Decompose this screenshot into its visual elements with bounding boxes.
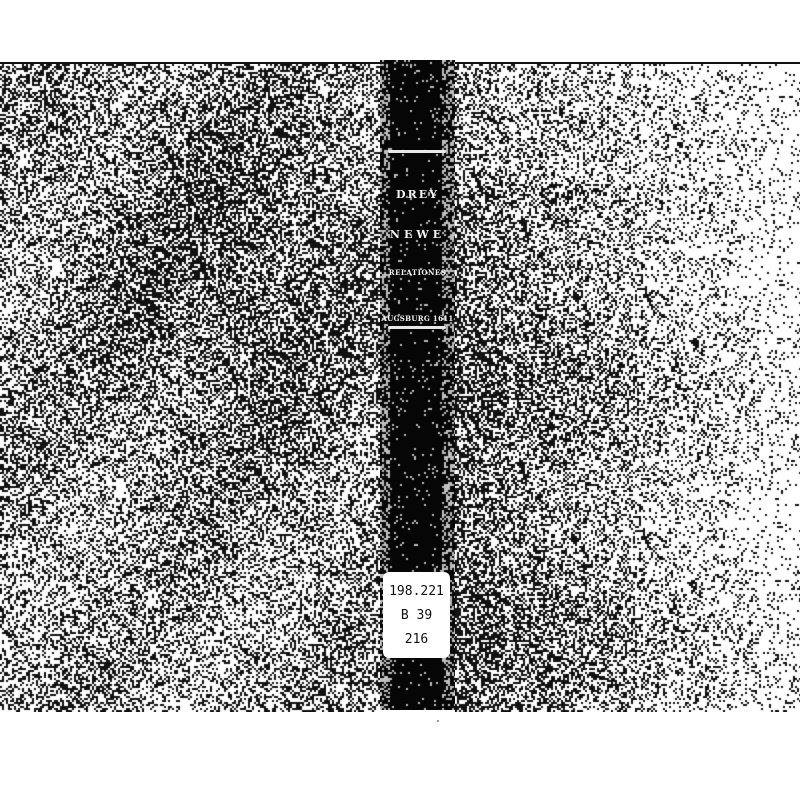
marbled-texture <box>455 64 800 712</box>
call-number-label: 198.221 B 39 216 <box>383 572 450 658</box>
spine-title-line-3: RELATIONES <box>380 268 455 277</box>
marbled-texture <box>0 64 380 712</box>
call-number-line-2: B 39 <box>383 608 450 623</box>
gilt-band-bottom <box>388 326 446 329</box>
spine-title-line-1: DREY <box>380 188 455 201</box>
call-number-line-1: 198.221 <box>383 584 450 599</box>
back-board <box>0 62 380 712</box>
call-number-line-3: 216 <box>383 632 450 647</box>
book-scan: DREY NEWE RELATIONES AUGSBURG 1611 198.2… <box>0 0 800 800</box>
spine-title-line-2: NEWE <box>380 228 455 241</box>
gilt-band-top <box>388 150 446 153</box>
scan-speck <box>437 720 439 722</box>
front-board <box>455 62 800 712</box>
spine-imprint: AUGSBURG 1611 <box>380 314 455 323</box>
